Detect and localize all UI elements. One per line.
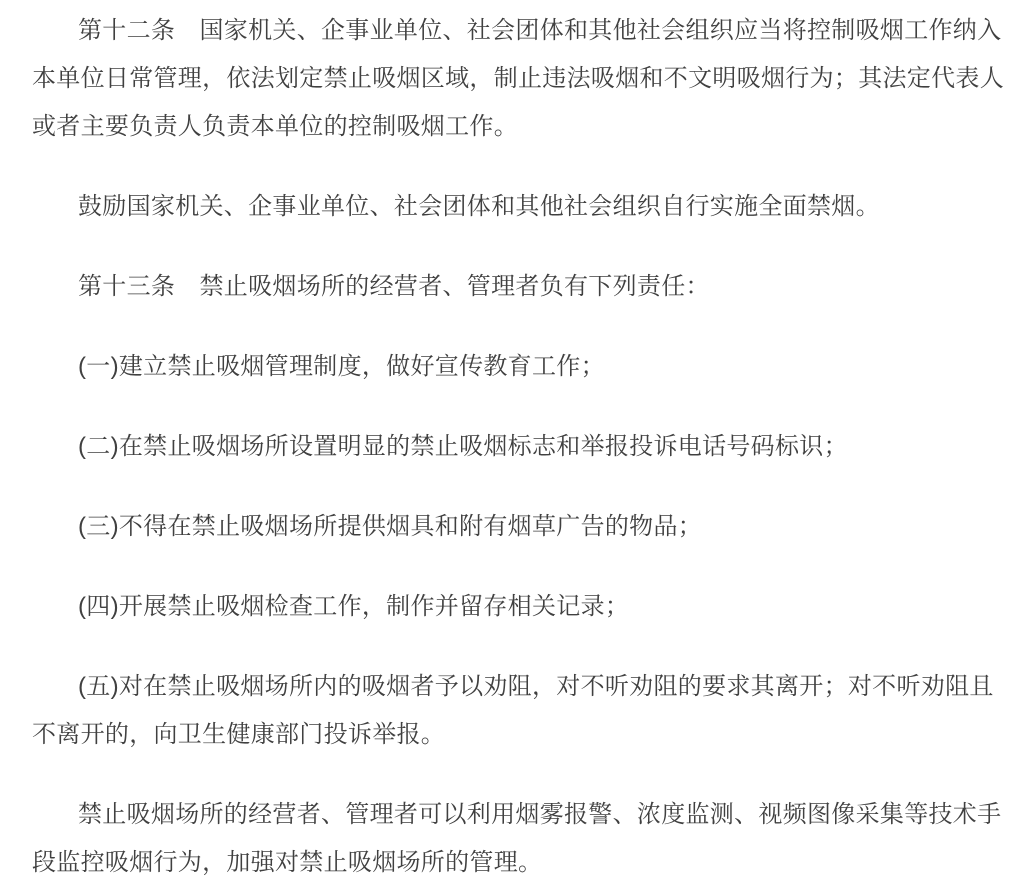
- text-line: (五)对在禁止吸烟场所内的吸烟者予以劝阻，对不听劝阻的要求其离开；对不听劝阻且: [32, 663, 1010, 711]
- text-line: 第十二条 国家机关、企事业单位、社会团体和其他社会组织应当将控制吸烟工作纳入: [32, 7, 1010, 55]
- list-item-duty-5: (五)对在禁止吸烟场所内的吸烟者予以劝阻，对不听劝阻的要求其离开；对不听劝阻且 …: [32, 663, 1010, 759]
- text-line: (一)建立禁止吸烟管理制度，做好宣传教育工作；: [32, 343, 1010, 391]
- text-line: 第十三条 禁止吸烟场所的经营者、管理者负有下列责任：: [32, 263, 1010, 311]
- text-line: 不离开的，向卫生健康部门投诉举报。: [32, 711, 1010, 759]
- paragraph-article-12: 第十二条 国家机关、企事业单位、社会团体和其他社会组织应当将控制吸烟工作纳入 本…: [32, 7, 1010, 151]
- list-item-duty-2: (二)在禁止吸烟场所设置明显的禁止吸烟标志和举报投诉电话号码标识；: [32, 423, 1010, 471]
- list-item-duty-1: (一)建立禁止吸烟管理制度，做好宣传教育工作；: [32, 343, 1010, 391]
- text-line: 禁止吸烟场所的经营者、管理者可以利用烟雾报警、浓度监测、视频图像采集等技术手: [32, 791, 1010, 839]
- text-line: (三)不得在禁止吸烟场所提供烟具和附有烟草广告的物品；: [32, 503, 1010, 551]
- text-line: (二)在禁止吸烟场所设置明显的禁止吸烟标志和举报投诉电话号码标识；: [32, 423, 1010, 471]
- paragraph-encourage-full-ban: 鼓励国家机关、企事业单位、社会团体和其他社会组织自行实施全面禁烟。: [32, 183, 1010, 231]
- paragraph-tech-monitoring: 禁止吸烟场所的经营者、管理者可以利用烟雾报警、浓度监测、视频图像采集等技术手 段…: [32, 791, 1010, 887]
- list-item-duty-3: (三)不得在禁止吸烟场所提供烟具和附有烟草广告的物品；: [32, 503, 1010, 551]
- text-line: (四)开展禁止吸烟检查工作，制作并留存相关记录；: [32, 583, 1010, 631]
- text-line: 段监控吸烟行为，加强对禁止吸烟场所的管理。: [32, 839, 1010, 887]
- text-line: 本单位日常管理，依法划定禁止吸烟区域，制止违法吸烟和不文明吸烟行为；其法定代表人: [32, 55, 1010, 103]
- article-body: 第十二条 国家机关、企事业单位、社会团体和其他社会组织应当将控制吸烟工作纳入 本…: [0, 0, 1024, 887]
- text-line: 或者主要负责人负责本单位的控制吸烟工作。: [32, 103, 1010, 151]
- paragraph-article-13: 第十三条 禁止吸烟场所的经营者、管理者负有下列责任：: [32, 263, 1010, 311]
- list-item-duty-4: (四)开展禁止吸烟检查工作，制作并留存相关记录；: [32, 583, 1010, 631]
- text-line: 鼓励国家机关、企事业单位、社会团体和其他社会组织自行实施全面禁烟。: [32, 183, 1010, 231]
